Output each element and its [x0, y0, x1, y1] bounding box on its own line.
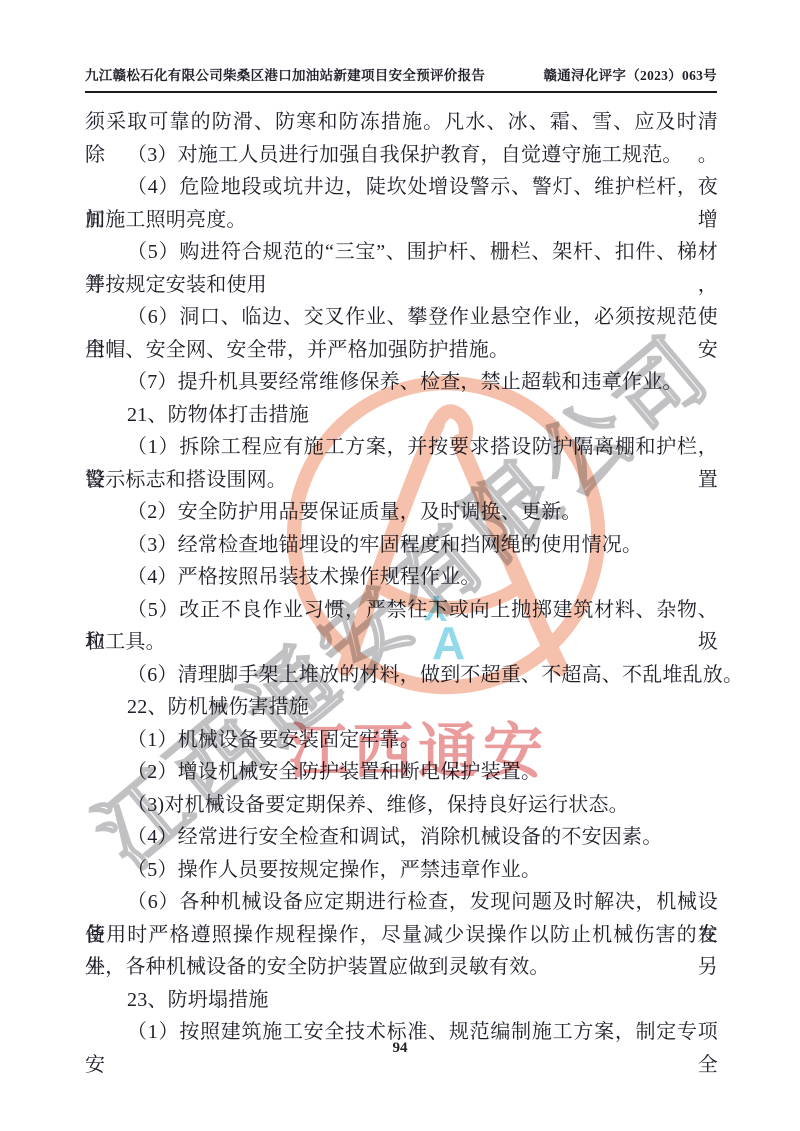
document-body: 须采取可靠的防滑、防寒和防冻措施。凡水、冰、霜、雪、应及时清除。（3）对施工人员… [85, 106, 718, 1049]
text-line: （3）经常检查地锚埋设的牢固程度和挡网绳的使用情况。 [85, 529, 718, 562]
page-header: 九江赣松石化有限公司柴桑区港口加油站新建项目安全预评价报告 赣通浔化评字（202… [85, 64, 717, 93]
text-line: （4）危险地段或坑井边，陡坎处增设警示、警灯、维护栏杆，夜间增 [85, 171, 718, 204]
header-report-title: 九江赣松石化有限公司柴桑区港口加油站新建项目安全预评价报告 [85, 64, 485, 84]
text-line: （1）机械设备要安装固定牢靠。 [85, 724, 718, 757]
text-line: 22、防机械伤害措施 [85, 691, 718, 724]
text-line: 使用时严格遵照操作规程操作，尽量减少误操作以防止机械伤害的发生。另 [85, 919, 718, 952]
text-line: 21、防物体打击措施 [85, 399, 718, 432]
text-line: （1）按照建筑施工安全技术标准、规范编制施工方案，制定专项安全 [85, 1016, 718, 1049]
text-line: 23、防坍塌措施 [85, 984, 718, 1017]
text-line: （2）安全防护用品要保证质量，及时调换、更新。 [85, 496, 718, 529]
text-line: （7）提升机具要经常维修保养、检查，禁止超载和违章作业。 [85, 366, 718, 399]
text-line: （3）对施工人员进行加强自我保护教育，自觉遵守施工规范。 [85, 139, 718, 172]
document-page: 江西通安有限公司 九江赣松石化有限公司柴桑区港口加油站新建项目安全预评价报告 赣… [0, 0, 800, 1131]
text-line: （6）洞口、临边、交叉作业、攀登作业悬空作业，必须按规范使用安 [85, 301, 718, 334]
text-line: 须采取可靠的防滑、防寒和防冻措施。凡水、冰、霜、雪、应及时清除。 [85, 106, 718, 139]
text-line: （6）各种机械设备应定期进行检查，发现问题及时解决，机械设备在 [85, 886, 718, 919]
text-line: （4）经常进行安全检查和调试，消除机械设备的不安因素。 [85, 821, 718, 854]
text-line: （5）购进符合规范的“三宝”、围护杆、栅栏、架杆、扣件、梯材等， [85, 236, 718, 269]
text-line: （6）清理脚手架上堆放的材料，做到不超重、不超高、不乱堆乱放。 [85, 659, 718, 692]
text-line: （5）操作人员要按规定操作，严禁违章作业。 [85, 854, 718, 887]
text-line: （5）改正不良作业习惯，严禁往下或向上抛掷建筑材料、杂物、垃圾 [85, 594, 718, 627]
text-line: （3)对机械设备要定期保养、维修，保持良好运行状态。 [85, 789, 718, 822]
text-line: （1）拆除工程应有施工方案，并按要求搭设防护隔离棚和护栏，设置 [85, 431, 718, 464]
text-line: （4）严格按照吊装技术操作规程作业。 [85, 561, 718, 594]
header-doc-number: 赣通浔化评字（2023）063号 [543, 64, 717, 84]
text-line: （2）增设机械安全防护装置和断电保护装置。 [85, 756, 718, 789]
